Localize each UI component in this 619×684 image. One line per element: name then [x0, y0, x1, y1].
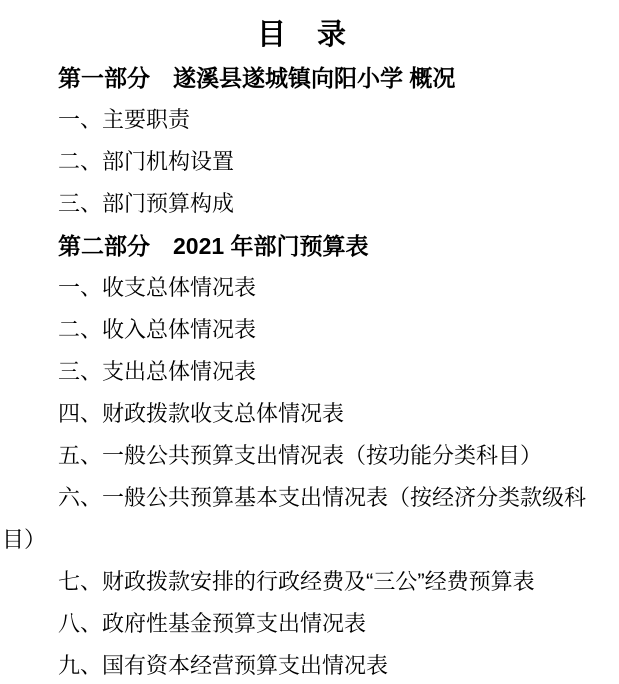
toc-item-part2-5: 五、一般公共预算支出情况表（按功能分类科目） — [2, 435, 602, 477]
section-1-heading: 第一部分 遂溪县遂城镇向阳小学 概况 — [2, 57, 602, 99]
toc-item-part2-1: 一、收支总体情况表 — [2, 267, 602, 309]
toc-item-part2-4: 四、财政拨款收支总体情况表 — [2, 393, 602, 435]
toc-item-part2-6: 六、一般公共预算基本支出情况表（按经济分类款级科目） — [2, 477, 602, 561]
section-2-heading: 第二部分 2021 年部门预算表 — [2, 225, 602, 267]
toc-item-part1-3: 三、部门预算构成 — [2, 183, 602, 225]
toc-document-page: 目 录 第一部分 遂溪县遂城镇向阳小学 概况 一、主要职责 二、部门机构设置 三… — [0, 0, 619, 684]
toc-item-part2-3: 三、支出总体情况表 — [2, 351, 602, 393]
toc-item-part1-2: 二、部门机构设置 — [2, 141, 602, 183]
toc-item-part2-2: 二、收入总体情况表 — [2, 309, 602, 351]
toc-item-part2-9: 九、国有资本经营预算支出情况表 — [2, 645, 602, 684]
toc-item-part2-8: 八、政府性基金预算支出情况表 — [2, 603, 602, 645]
page-title: 目 录 — [2, 13, 602, 57]
toc-item-part1-1: 一、主要职责 — [2, 99, 602, 141]
toc-item-part2-7: 七、财政拨款安排的行政经费及“三公”经费预算表 — [2, 561, 602, 603]
